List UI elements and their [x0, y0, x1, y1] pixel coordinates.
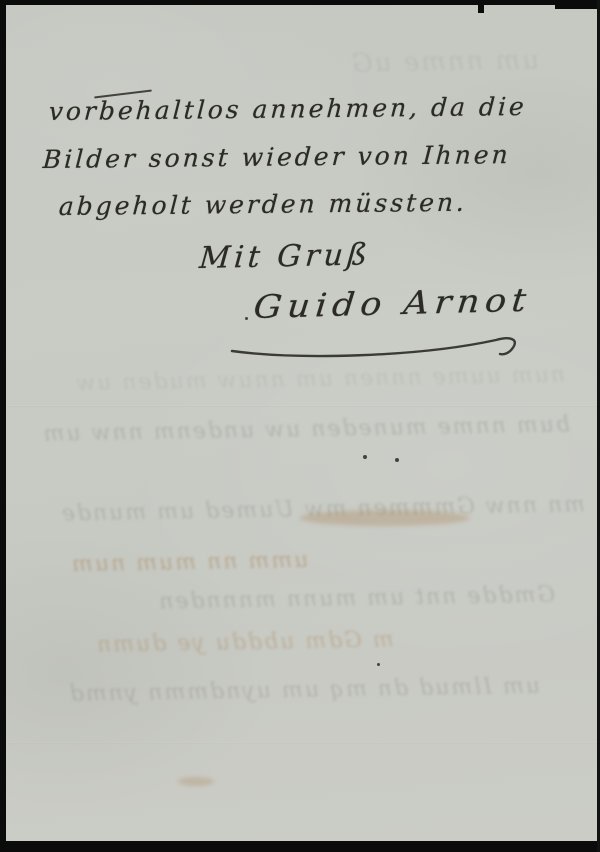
- bleedthrough-line: Gmdde nnt um munn mnnnden: [40, 583, 555, 617]
- bleedthrough-line: um Ilmud dn mq um uyndmmn ynmd: [40, 674, 540, 708]
- bleedthrough-line: m Gdm ubddu ye dumn: [95, 627, 394, 657]
- ink-showthrough-smudge: [300, 510, 470, 526]
- bleedthrough-line: umm nn mum num: [70, 548, 309, 577]
- fold-crease-upper: [6, 405, 597, 407]
- closing-line: Mit Gruß: [198, 237, 372, 276]
- ink-speck: [363, 455, 367, 459]
- scanned-letter-image: um nnme uG num uume nnnen um nnuw muden …: [0, 0, 600, 852]
- ink-speck: [395, 458, 399, 462]
- handwriting-line-2: Bilder sonst wieder von Ihnen: [42, 140, 512, 174]
- fold-crease-lower: [6, 742, 597, 744]
- scan-edge-right: [594, 0, 600, 852]
- ink-showthrough-smudge: [178, 777, 214, 786]
- signature-underline-flourish: [228, 333, 530, 363]
- handwriting-line-1: vorbehaltlos annehmen, da die: [48, 92, 528, 126]
- bleedthrough-line: um nnme uG: [350, 45, 539, 78]
- handwriting-line-3: abgeholt werden müssten.: [58, 188, 468, 221]
- letter-paper: um nnme uG num uume nnnen um nnuw muden …: [6, 5, 597, 841]
- bleedthrough-line: num uume nnnen um nnuw muden uw: [55, 363, 565, 397]
- ink-speck: [377, 663, 380, 666]
- bleedthrough-line: bum nnme muneden uw undenm nnw um: [50, 412, 570, 446]
- scan-edge-notch: [478, 0, 484, 13]
- ink-speck: [245, 317, 248, 320]
- signature: Guido Arnot: [252, 281, 533, 326]
